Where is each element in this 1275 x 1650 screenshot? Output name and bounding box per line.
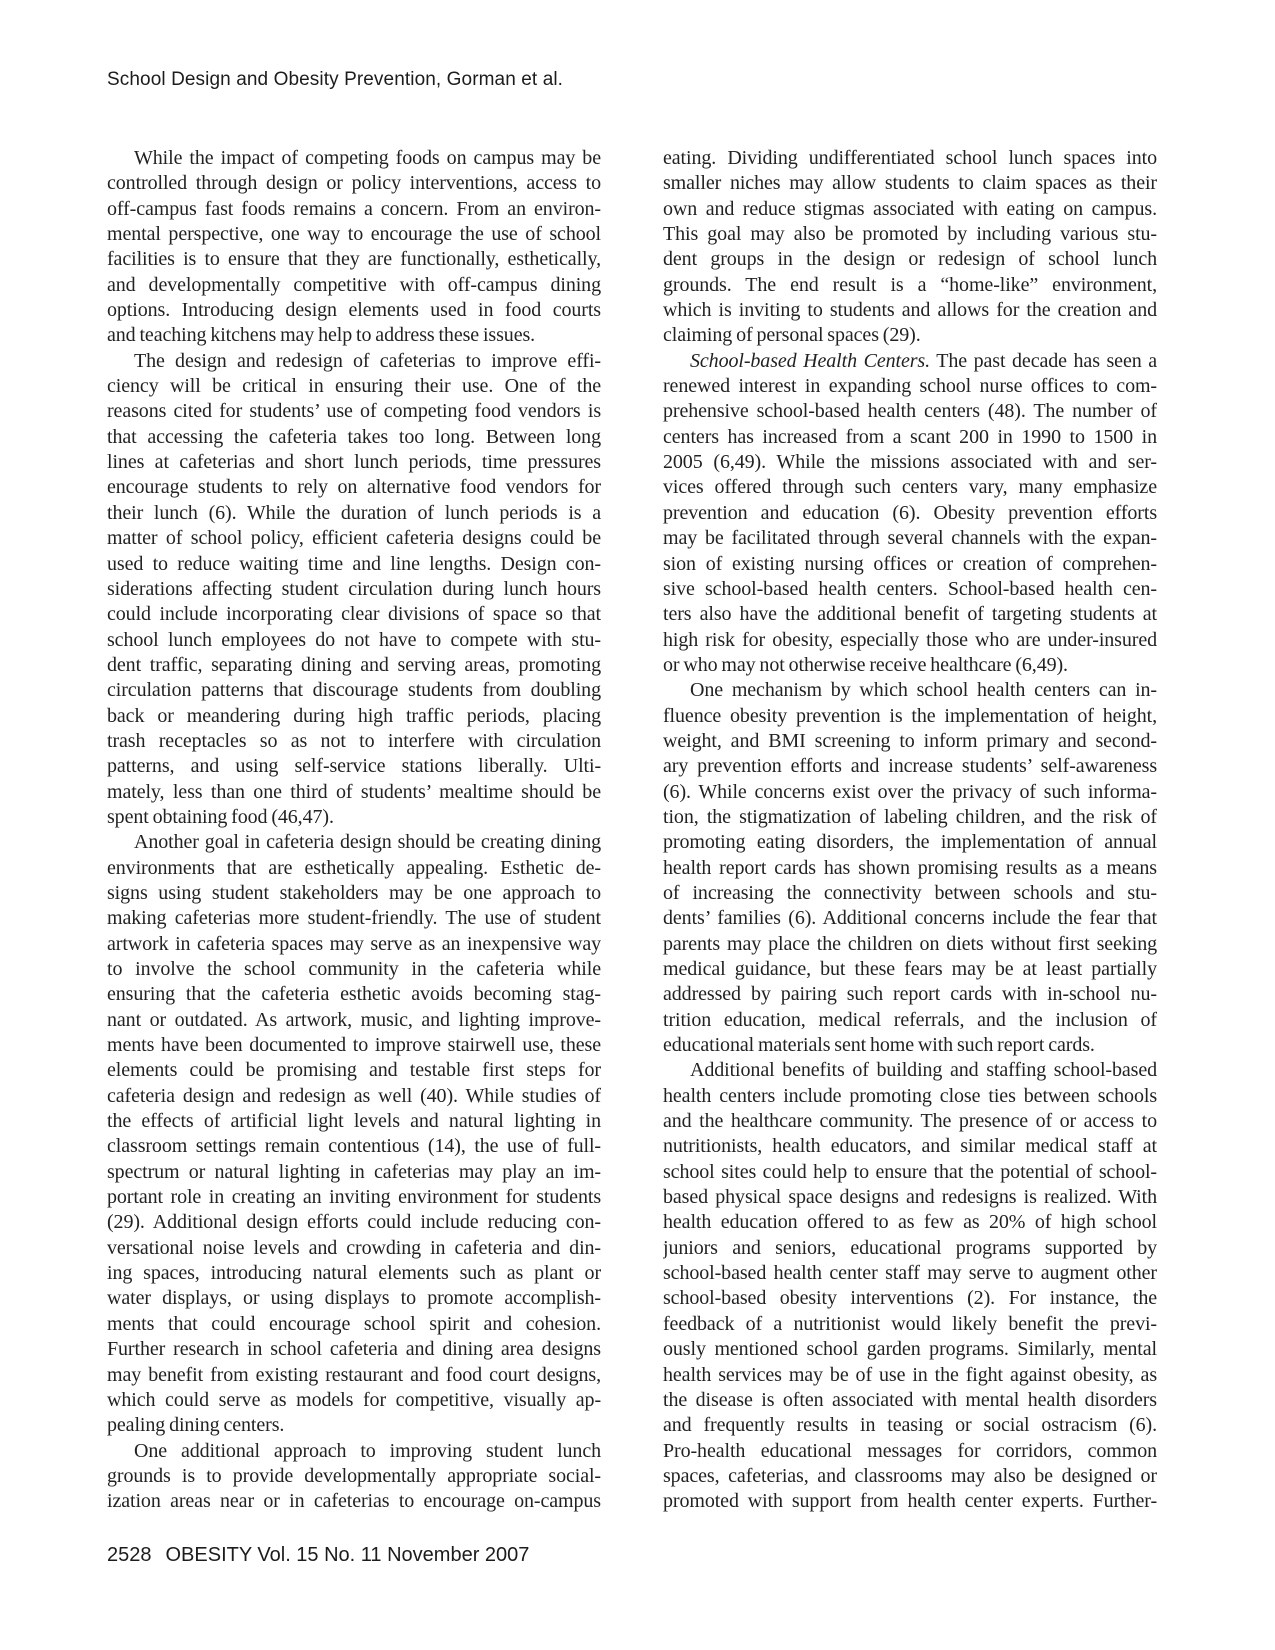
text-line: trash receptacles so as not to interfere… bbox=[107, 729, 601, 754]
text-line: Additional benefits of building and staf… bbox=[663, 1058, 1157, 1083]
text-line: based physical space designs and redesig… bbox=[663, 1185, 1157, 1210]
text-line: spent obtaining food (46,47). bbox=[107, 805, 601, 830]
text-line: claiming of personal spaces (29). bbox=[663, 323, 1157, 348]
text-line: and frequently results in teasing or soc… bbox=[663, 1413, 1157, 1438]
text-line: may benefit from existing restaurant and… bbox=[107, 1363, 601, 1388]
text-line: patterns, and using self-service station… bbox=[107, 754, 601, 779]
text-line: nant or outdated. As artwork, music, and… bbox=[107, 1008, 601, 1033]
paragraph: School-based Health Centers. The past de… bbox=[663, 349, 1157, 678]
text-line: vices offered through such centers vary,… bbox=[663, 475, 1157, 500]
text-line: controlled through design or policy inte… bbox=[107, 171, 601, 196]
text-line: school-based obesity interventions (2). … bbox=[663, 1286, 1157, 1311]
text-line: may be facilitated through several chann… bbox=[663, 526, 1157, 551]
section-run-in-heading: School-based Health Centers. bbox=[690, 350, 930, 372]
right-column: eating. Dividing undifferentiated school… bbox=[663, 146, 1157, 1515]
text-line: 2005 (6,49). While the missions associat… bbox=[663, 450, 1157, 475]
text-line: ments that could encourage school spirit… bbox=[107, 1312, 601, 1337]
text-line: elements could be promising and testable… bbox=[107, 1058, 601, 1083]
paragraph: eating. Dividing undifferentiated school… bbox=[663, 146, 1157, 349]
text-line: that accessing the cafeteria takes too l… bbox=[107, 425, 601, 450]
text-line: cafeteria design and redesign as well (4… bbox=[107, 1084, 601, 1109]
text-line: the disease is often associated with men… bbox=[663, 1388, 1157, 1413]
text-line: the effects of artificial light levels a… bbox=[107, 1109, 601, 1134]
text-line: promoting eating disorders, the implemen… bbox=[663, 830, 1157, 855]
text-line: health education offered to as few as 20… bbox=[663, 1210, 1157, 1235]
text-line: siderations affecting student circulatio… bbox=[107, 577, 601, 602]
text-line: smaller niches may allow students to cla… bbox=[663, 171, 1157, 196]
text-line: mately, less than one third of students’… bbox=[107, 780, 601, 805]
text-line: own and reduce stigmas associated with e… bbox=[663, 197, 1157, 222]
text-line: making cafeterias more student-friendly.… bbox=[107, 906, 601, 931]
text-line: nutritionists, health educators, and sim… bbox=[663, 1134, 1157, 1159]
text-line: ters also have the additional benefit of… bbox=[663, 602, 1157, 627]
text-line: health centers include promoting close t… bbox=[663, 1084, 1157, 1109]
paragraph: Another goal in cafeteria design should … bbox=[107, 830, 601, 1438]
text-line: portant role in creating an inviting env… bbox=[107, 1185, 601, 1210]
article-body: While the impact of competing foods on c… bbox=[107, 146, 1157, 1515]
text-line: lines at cafeterias and short lunch peri… bbox=[107, 450, 601, 475]
text-line: grounds is to provide developmentally ap… bbox=[107, 1464, 601, 1489]
text-line: feedback of a nutritionist would likely … bbox=[663, 1312, 1157, 1337]
text-line: (29). Additional design efforts could in… bbox=[107, 1210, 601, 1235]
text-line: back or meandering during high traffic p… bbox=[107, 704, 601, 729]
text-line: ciency will be critical in ensuring thei… bbox=[107, 374, 601, 399]
text-line: School-based Health Centers. The past de… bbox=[663, 349, 1157, 374]
text-line: circulation patterns that discourage stu… bbox=[107, 678, 601, 703]
text-line: high risk for obesity, especially those … bbox=[663, 628, 1157, 653]
text-line: spectrum or natural lighting in cafeteri… bbox=[107, 1160, 601, 1185]
text-line: (6). While concerns exist over the priva… bbox=[663, 780, 1157, 805]
text-line: renewed interest in expanding school nur… bbox=[663, 374, 1157, 399]
running-header: School Design and Obesity Prevention, Go… bbox=[107, 69, 563, 91]
text-line: promoted with support from health center… bbox=[663, 1489, 1157, 1514]
text-line: addressed by pairing such report cards w… bbox=[663, 982, 1157, 1007]
text-line: grounds. The end result is a “home-like”… bbox=[663, 273, 1157, 298]
text-line: medical guidance, but these fears may be… bbox=[663, 957, 1157, 982]
journal-page: School Design and Obesity Prevention, Go… bbox=[0, 0, 1275, 1650]
paragraph: One mechanism by which school health cen… bbox=[663, 678, 1157, 1058]
text-line: dent traffic, separating dining and serv… bbox=[107, 653, 601, 678]
text-line: sive school-based health centers. School… bbox=[663, 577, 1157, 602]
text-line: signs using student stakeholders may be … bbox=[107, 881, 601, 906]
text-line: their lunch (6). While the duration of l… bbox=[107, 501, 601, 526]
text-line: sion of existing nursing offices or crea… bbox=[663, 552, 1157, 577]
text-line: versational noise levels and crowding in… bbox=[107, 1236, 601, 1261]
text-line: This goal may also be promoted by includ… bbox=[663, 222, 1157, 247]
text-line: parents may place the children on diets … bbox=[663, 932, 1157, 957]
text-line: school lunch employees do not have to co… bbox=[107, 628, 601, 653]
text-line: health services may be of use in the fig… bbox=[663, 1363, 1157, 1388]
text-line: ing spaces, introducing natural elements… bbox=[107, 1261, 601, 1286]
page-number: 2528 bbox=[107, 1544, 152, 1566]
text-line: facilities is to ensure that they are fu… bbox=[107, 247, 601, 272]
text-line: spaces, cafeterias, and classrooms may a… bbox=[663, 1464, 1157, 1489]
text-line: ization areas near or in cafeterias to e… bbox=[107, 1489, 601, 1514]
text-line: One mechanism by which school health cen… bbox=[663, 678, 1157, 703]
text-line: dent groups in the design or redesign of… bbox=[663, 247, 1157, 272]
text-line: school sites could help to ensure that t… bbox=[663, 1160, 1157, 1185]
text-line: used to reduce waiting time and line len… bbox=[107, 552, 601, 577]
text-line: of increasing the connectivity between s… bbox=[663, 881, 1157, 906]
text-line: prevention and education (6). Obesity pr… bbox=[663, 501, 1157, 526]
text-line: could include incorporating clear divisi… bbox=[107, 602, 601, 627]
running-footer: 2528OBESITY Vol. 15 No. 11 November 2007 bbox=[107, 1544, 529, 1567]
text-line: encourage students to rely on alternativ… bbox=[107, 475, 601, 500]
text-line: Another goal in cafeteria design should … bbox=[107, 830, 601, 855]
text-line: ments have been documented to improve st… bbox=[107, 1033, 601, 1058]
text-line: water displays, or using displays to pro… bbox=[107, 1286, 601, 1311]
text-line: and teaching kitchens may help to addres… bbox=[107, 323, 601, 348]
text-line: ary prevention efforts and increase stud… bbox=[663, 754, 1157, 779]
text-line: which is inviting to students and allows… bbox=[663, 298, 1157, 323]
text-line: ensuring that the cafeteria esthetic avo… bbox=[107, 982, 601, 1007]
text-line: options. Introducing design elements use… bbox=[107, 298, 601, 323]
text-line: health report cards has shown promising … bbox=[663, 856, 1157, 881]
text-line: reasons cited for students’ use of compe… bbox=[107, 399, 601, 424]
text-line: juniors and seniors, educational program… bbox=[663, 1236, 1157, 1261]
text-line: or who may not otherwise receive healthc… bbox=[663, 653, 1157, 678]
text-line: mental perspective, one way to encourage… bbox=[107, 222, 601, 247]
text-line: Pro-health educational messages for corr… bbox=[663, 1439, 1157, 1464]
text-line: school-based health center staff may ser… bbox=[663, 1261, 1157, 1286]
text-line: educational materials sent home with suc… bbox=[663, 1033, 1157, 1058]
paragraph: The design and redesign of cafeterias to… bbox=[107, 349, 601, 831]
text-line: classroom settings remain contentious (1… bbox=[107, 1134, 601, 1159]
text-line: off-campus fast foods remains a concern.… bbox=[107, 197, 601, 222]
text-line: weight, and BMI screening to inform prim… bbox=[663, 729, 1157, 754]
text-line: fluence obesity prevention is the implem… bbox=[663, 704, 1157, 729]
text-line: artwork in cafeteria spaces may serve as… bbox=[107, 932, 601, 957]
text-line: tion, the stigmatization of labeling chi… bbox=[663, 805, 1157, 830]
text-line: The design and redesign of cafeterias to… bbox=[107, 349, 601, 374]
text-line: Further research in school cafeteria and… bbox=[107, 1337, 601, 1362]
paragraph: While the impact of competing foods on c… bbox=[107, 146, 601, 349]
text-line: ously mentioned school garden programs. … bbox=[663, 1337, 1157, 1362]
paragraph: Additional benefits of building and staf… bbox=[663, 1058, 1157, 1514]
text-line: prehensive school-based health centers (… bbox=[663, 399, 1157, 424]
text-line: and the healthcare community. The presen… bbox=[663, 1109, 1157, 1134]
paragraph: One additional approach to improving stu… bbox=[107, 1439, 601, 1515]
text-line: trition education, medical referrals, an… bbox=[663, 1008, 1157, 1033]
text-line: One additional approach to improving stu… bbox=[107, 1439, 601, 1464]
text-line: matter of school policy, efficient cafet… bbox=[107, 526, 601, 551]
left-column: While the impact of competing foods on c… bbox=[107, 146, 601, 1515]
text-line: environments that are esthetically appea… bbox=[107, 856, 601, 881]
text-line: to involve the school community in the c… bbox=[107, 957, 601, 982]
text-line: centers has increased from a scant 200 i… bbox=[663, 425, 1157, 450]
text-line: which could serve as models for competit… bbox=[107, 1388, 601, 1413]
text-line: dents’ families (6). Additional concerns… bbox=[663, 906, 1157, 931]
text-line: eating. Dividing undifferentiated school… bbox=[663, 146, 1157, 171]
text-line: pealing dining centers. bbox=[107, 1413, 601, 1438]
journal-citation: OBESITY Vol. 15 No. 11 November 2007 bbox=[166, 1544, 530, 1566]
text-line: While the impact of competing foods on c… bbox=[107, 146, 601, 171]
text-line: and developmentally competitive with off… bbox=[107, 273, 601, 298]
